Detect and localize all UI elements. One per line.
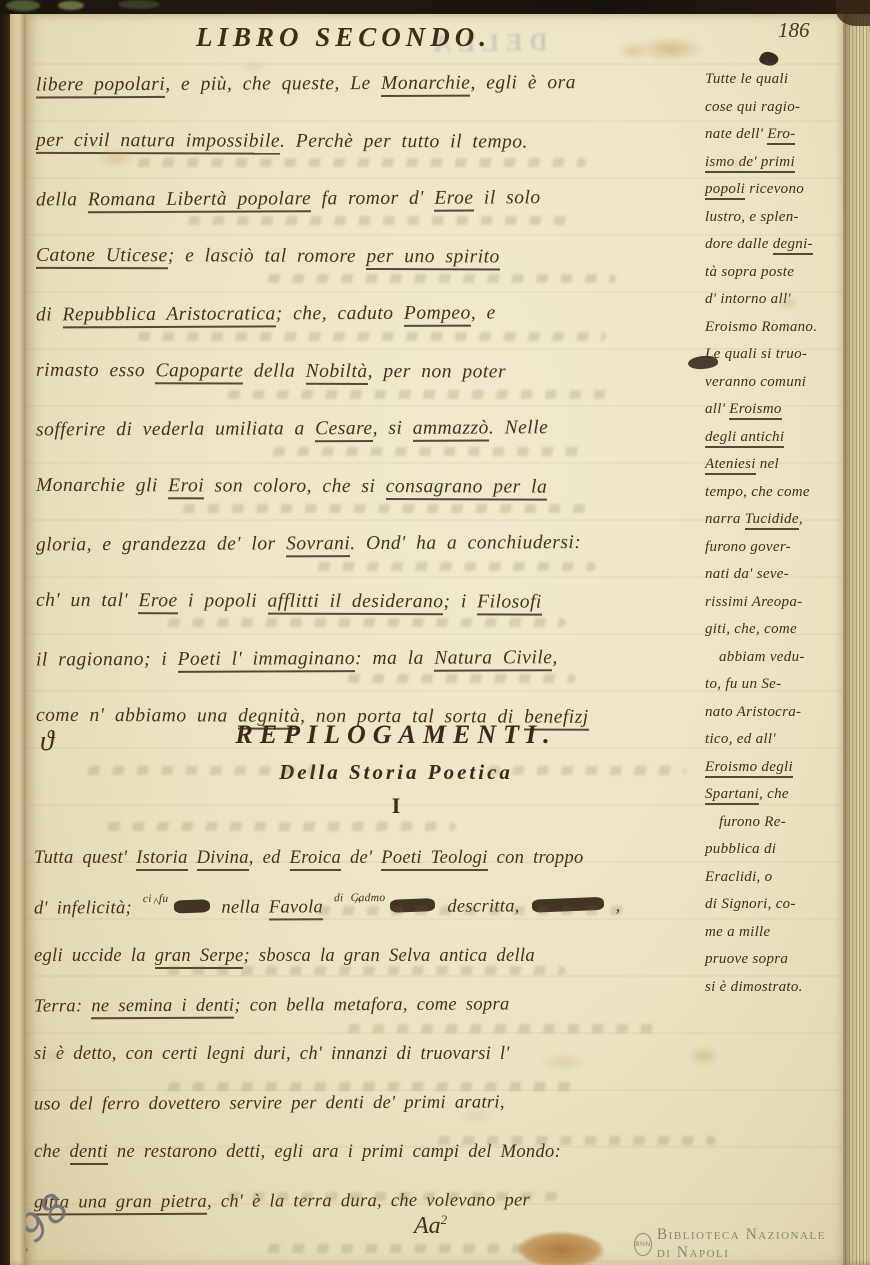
margin-note-line: nato Aristocra- bbox=[705, 699, 865, 727]
margin-notes-column: Tutte le qualicose qui ragio-nate dell' … bbox=[705, 66, 865, 1001]
text-segment: Repubblica Aristocratica bbox=[62, 303, 275, 328]
text-segment: sofferire di vederla umiliata a bbox=[36, 418, 315, 440]
margin-note-line: tempo, che come bbox=[705, 479, 865, 507]
text-segment: Filosofi bbox=[477, 591, 542, 615]
bleedthrough-writing bbox=[336, 1024, 656, 1033]
text-segment: pubblica di bbox=[705, 841, 776, 857]
bleedthrough-writing bbox=[216, 1192, 566, 1201]
manuscript-text-line: uso del ferro dovettero servire per dent… bbox=[34, 1083, 749, 1135]
text-segment: ; i bbox=[443, 591, 477, 612]
manuscript-text-line: Tutta quest' Istoria Divina, ed Eroica d… bbox=[34, 840, 749, 889]
text-segment: to, fu un Se- bbox=[705, 676, 781, 692]
text-segment: Romana Libertà popolare bbox=[88, 188, 311, 213]
library-stamp: BNN Biblioteca Nazionale di Napoli bbox=[634, 1226, 843, 1262]
bleedthrough-writing bbox=[336, 674, 576, 683]
text-segment: uso del ferro dovettero servire per dent… bbox=[34, 1093, 505, 1115]
text-segment: che bbox=[34, 1142, 70, 1162]
text-segment: Tucidide bbox=[745, 511, 799, 530]
text-segment: rissimi Areopa- bbox=[705, 594, 802, 610]
text-segment: Natura Civile bbox=[434, 647, 552, 672]
bleedthrough-writing bbox=[126, 332, 606, 341]
binding-moss-spot bbox=[118, 0, 160, 9]
margin-note-line: Le quali si truo- bbox=[705, 341, 865, 369]
text-segment: veranno comuni bbox=[705, 374, 806, 390]
text-segment: afflitti il desiderano bbox=[268, 590, 444, 615]
text-segment: della bbox=[243, 360, 305, 381]
manuscript-text-line: il ragionano; i Poeti l' immaginano: ma … bbox=[36, 638, 708, 698]
book-fore-edge-pages bbox=[843, 8, 870, 1265]
section-title: REPILOGAMENTI. bbox=[26, 720, 766, 750]
text-segment: nella bbox=[212, 898, 268, 918]
text-segment: denti bbox=[70, 1142, 109, 1165]
bleedthrough-writing bbox=[216, 390, 616, 399]
text-segment: Istoria bbox=[136, 848, 187, 871]
margin-note-line: abbiam vedu- bbox=[705, 644, 865, 672]
text-segment: nato Aristocra- bbox=[705, 704, 801, 720]
text-segment: Ero- bbox=[767, 126, 795, 145]
text-segment: giti, che, come bbox=[705, 621, 797, 637]
text-segment: il ragionano; i bbox=[36, 649, 178, 671]
foxing-spot bbox=[618, 42, 648, 60]
bleedthrough-writing bbox=[171, 504, 591, 513]
text-segment: Poeti Teologi bbox=[381, 848, 487, 871]
bleedthrough-writing bbox=[156, 618, 566, 627]
text-segment: Capoparte bbox=[155, 360, 243, 384]
margin-note-line: tico, ed all' bbox=[705, 726, 865, 754]
margin-note-line: all' Eroismo bbox=[705, 396, 865, 424]
text-segment: Le quali si truo- bbox=[705, 346, 807, 362]
text-segment: ; e lasciò tal romore bbox=[168, 245, 367, 267]
binding-moss-spot bbox=[6, 0, 40, 11]
text-segment: di Signori, co- bbox=[705, 896, 796, 912]
text-segment: tempo, che come bbox=[705, 484, 810, 500]
text-segment: Catone Uticese bbox=[36, 244, 168, 268]
bleedthrough-writing bbox=[306, 906, 626, 915]
text-segment: , si bbox=[373, 418, 413, 439]
text-segment: Eroismo bbox=[729, 401, 781, 420]
text-segment: con troppo bbox=[488, 848, 584, 868]
margin-note-line: nati da' seve- bbox=[705, 561, 865, 589]
section-numeral: I bbox=[26, 793, 766, 819]
text-segment: Pompeo bbox=[404, 303, 471, 327]
text-segment: , e bbox=[471, 302, 496, 323]
text-segment: della bbox=[36, 189, 88, 210]
text-segment: si è dimostrato. bbox=[705, 979, 803, 995]
text-segment: Eroe bbox=[138, 590, 177, 614]
text-segment: Eroi bbox=[168, 475, 204, 499]
text-segment: ch' un tal' bbox=[36, 589, 139, 610]
text-segment: abbiam vedu- bbox=[719, 649, 805, 665]
margin-note-line: degli antichi bbox=[705, 424, 865, 452]
foxing-spot bbox=[688, 1046, 720, 1066]
text-segment: popoli bbox=[705, 181, 745, 200]
page-number: 186 bbox=[778, 18, 810, 43]
text-segment: Divina bbox=[197, 848, 249, 871]
interlinear-insertion: di Cadmo bbox=[334, 892, 386, 904]
foxing-spot bbox=[776, 296, 800, 310]
manuscript-text-line: ch' un tal' Eroe i popoli afflitti il de… bbox=[36, 580, 708, 640]
foxing-spot bbox=[726, 158, 746, 170]
text-segment: , bbox=[799, 511, 803, 527]
text-segment: Eroismo degli bbox=[705, 759, 793, 778]
margin-note-line: cose qui ragio- bbox=[705, 94, 865, 122]
text-segment: Monarchie bbox=[381, 73, 470, 97]
text-segment: consagrano per la bbox=[386, 476, 548, 501]
text-segment: , per non poter bbox=[368, 360, 506, 381]
text-segment: ; con bella metafora, come sopra bbox=[234, 994, 509, 1015]
text-segment: i popoli bbox=[178, 590, 268, 611]
foxing-spot bbox=[456, 1108, 496, 1124]
text-segment: tico, ed all' bbox=[705, 731, 776, 747]
text-segment: Poeti l' immaginano bbox=[178, 648, 356, 673]
margin-note-line: rissimi Areopa- bbox=[705, 589, 865, 617]
text-segment: furono gover- bbox=[705, 539, 791, 555]
bleedthrough-writing bbox=[96, 822, 456, 831]
margin-note-line: tà sopra poste bbox=[705, 259, 865, 287]
margin-note-line: dore dalle degni- bbox=[705, 231, 865, 259]
bleedthrough-writing bbox=[476, 766, 686, 775]
bleedthrough-writing bbox=[126, 158, 586, 167]
text-segment: Tutte le quali bbox=[705, 71, 788, 87]
bleedthrough-writing bbox=[426, 1136, 716, 1145]
text-segment: ammazzò bbox=[413, 417, 489, 441]
text-segment: , egli è ora bbox=[470, 72, 576, 93]
margin-note-line: Tutte le quali bbox=[705, 66, 865, 94]
bleedthrough-writing bbox=[156, 966, 566, 975]
bleedthrough-writing bbox=[176, 216, 576, 225]
margin-note-line: lustro, e splen- bbox=[705, 204, 865, 232]
paragraph-text-block: Tutta quest' Istoria Divina, ed Eroica d… bbox=[34, 840, 749, 1232]
foxing-spot bbox=[241, 60, 267, 72]
manuscript-page: DELLA LIBRO SECONDO. 186 libere popolari… bbox=[26, 8, 843, 1265]
manuscript-text-line: Monarchie gli Eroi son coloro, che si co… bbox=[36, 465, 708, 525]
text-segment: d' infelicità; bbox=[34, 898, 141, 918]
text-segment: Eraclidi, o bbox=[705, 869, 772, 885]
signature-mark: Aa2 bbox=[414, 1212, 447, 1240]
text-segment bbox=[188, 848, 197, 868]
text-segment: , bbox=[552, 647, 557, 668]
page-title: LIBRO SECONDO. bbox=[196, 22, 636, 53]
text-segment: si è detto, con certi legni duri, ch' in… bbox=[34, 1044, 510, 1064]
text-segment: degni- bbox=[773, 236, 813, 255]
text-segment: , che bbox=[759, 786, 789, 802]
margin-note-line: me a mille bbox=[705, 919, 865, 947]
text-segment: , ed bbox=[249, 848, 290, 868]
text-segment: libere popolari bbox=[36, 74, 165, 99]
margin-note-line: Spartani, che bbox=[705, 781, 865, 809]
library-stamp-monogram-icon: BNN bbox=[634, 1233, 652, 1256]
margin-note-line: giti, che, come bbox=[705, 616, 865, 644]
margin-note-line: Eraclidi, o bbox=[705, 864, 865, 892]
text-segment: narra bbox=[705, 511, 745, 527]
text-segment: all' bbox=[705, 401, 729, 417]
text-segment: me a mille bbox=[705, 924, 770, 940]
text-segment: pruove sopra bbox=[705, 951, 788, 967]
deletion-blot bbox=[173, 899, 209, 913]
main-text-block: libere popolari, e più, che queste, Le M… bbox=[36, 64, 708, 754]
foxing-spot bbox=[96, 148, 136, 168]
text-segment: egli uccide la bbox=[34, 946, 155, 966]
text-segment: de' bbox=[341, 848, 381, 868]
text-segment: nati da' seve- bbox=[705, 566, 789, 582]
margin-note-line: veranno comuni bbox=[705, 369, 865, 397]
text-segment: per uno spirito bbox=[366, 245, 500, 269]
book-gutter bbox=[0, 0, 10, 1265]
manuscript-text-line: gloria, e grandezza de' lor Sovrani. Ond… bbox=[36, 523, 708, 583]
text-segment: ; sbosca la gran Selva antica della bbox=[243, 946, 534, 966]
manuscript-text-line: della Romana Libertà popolare fa romor d… bbox=[36, 178, 708, 238]
text-segment: . Nelle bbox=[489, 417, 548, 438]
text-segment: Sovrani bbox=[286, 533, 350, 557]
margin-note-line: Eroismo degli bbox=[705, 754, 865, 782]
text-segment: Eroismo Romano. bbox=[705, 319, 817, 335]
text-segment: Spartani bbox=[705, 786, 759, 805]
margin-note-line: furono Re- bbox=[705, 809, 865, 837]
text-segment: Cesare bbox=[315, 418, 373, 442]
bleedthrough-writing bbox=[156, 1082, 576, 1091]
bleedthrough-writing bbox=[261, 447, 581, 456]
manuscript-text-line: di Repubblica Aristocratica; che, caduto… bbox=[36, 293, 708, 353]
manuscript-text-line: sofferire di vederla umiliata a Cesare, … bbox=[36, 408, 708, 468]
margin-note-line: narra Tucidide, bbox=[705, 506, 865, 534]
text-segment: Terra: bbox=[34, 996, 91, 1016]
margin-note-line: Ateniesi nel bbox=[705, 451, 865, 479]
text-segment: Eroe bbox=[434, 188, 473, 212]
text-segment: . Ond' ha a conchiudersi: bbox=[350, 532, 581, 554]
text-segment: cose qui ragio- bbox=[705, 99, 800, 115]
text-segment: : ma la bbox=[355, 648, 434, 669]
interlinear-insertion: ci fu bbox=[143, 893, 169, 905]
foxing-spot bbox=[41, 1048, 67, 1064]
text-segment: nate dell' bbox=[705, 126, 767, 142]
page-left-edge bbox=[10, 8, 26, 1265]
manuscript-text-line: Catone Uticese; e lasciò tal romore per … bbox=[36, 235, 708, 295]
margin-note-line: si è dimostrato. bbox=[705, 974, 865, 1002]
text-segment: furono Re- bbox=[719, 814, 786, 830]
text-segment: ricevono bbox=[745, 181, 804, 197]
margin-note-line: to, fu un Se- bbox=[705, 671, 865, 699]
manuscript-text-line: libere popolari, e più, che queste, Le M… bbox=[36, 63, 708, 123]
bleedthrough-writing bbox=[256, 1244, 536, 1253]
text-segment: Ateniesi bbox=[705, 456, 756, 475]
bleedthrough-writing bbox=[306, 562, 596, 571]
bleedthrough-writing bbox=[256, 274, 616, 283]
text-segment: degli antichi bbox=[705, 429, 784, 448]
text-segment: per civil natura impossibile bbox=[36, 129, 280, 154]
text-segment: gloria, e grandezza de' lor bbox=[36, 533, 286, 555]
text-segment: di bbox=[36, 304, 63, 325]
text-segment: rimasto esso bbox=[36, 359, 156, 380]
manuscript-scan: DELLA LIBRO SECONDO. 186 libere popolari… bbox=[0, 0, 870, 1265]
margin-note-line: di Signori, co- bbox=[705, 891, 865, 919]
manuscript-text-line: rimasto esso Capoparte della Nobiltà, pe… bbox=[36, 350, 708, 410]
text-segment: ; che, caduto bbox=[276, 303, 404, 325]
binding-moss-spot bbox=[58, 1, 84, 10]
text-segment: il solo bbox=[473, 187, 540, 208]
text-segment: Nobiltà bbox=[306, 360, 368, 384]
text-segment: ismo de' primi bbox=[705, 154, 795, 173]
text-segment: , e più, che queste, Le bbox=[165, 73, 381, 95]
margin-note-line: nate dell' Ero- bbox=[705, 121, 865, 149]
manuscript-text-line: egli uccide la gran Serpe; sbosca la gra… bbox=[34, 938, 749, 987]
signature-letters: Aa bbox=[414, 1213, 441, 1239]
text-segment: Tutta quest' bbox=[34, 848, 136, 868]
text-segment: dore dalle bbox=[705, 236, 773, 252]
margin-note-line: pubblica di bbox=[705, 836, 865, 864]
manuscript-text-line: si è detto, con certi legni duri, ch' in… bbox=[34, 1036, 749, 1085]
library-stamp-label: Biblioteca Nazionale di Napoli bbox=[657, 1226, 843, 1262]
text-segment: ne semina i denti bbox=[91, 996, 234, 1020]
margin-note-line: Eroismo Romano. bbox=[705, 314, 865, 342]
text-segment: tà sopra poste bbox=[705, 264, 794, 280]
text-segment: ne restarono detti, egli ara i primi cam… bbox=[108, 1142, 561, 1162]
text-segment: nel bbox=[756, 456, 779, 472]
text-segment: . Perchè per tutto il tempo. bbox=[280, 130, 528, 152]
foxing-spot bbox=[538, 1052, 588, 1072]
bleedthrough-writing bbox=[76, 766, 316, 775]
text-segment: lustro, e splen- bbox=[705, 209, 799, 225]
text-segment: fa romor d' bbox=[311, 188, 434, 210]
text-segment: Monarchie gli bbox=[36, 474, 168, 495]
text-segment: Eroica bbox=[290, 848, 341, 871]
signature-superscript: 2 bbox=[441, 1212, 448, 1227]
margin-note-line: popoli ricevono bbox=[705, 176, 865, 204]
manuscript-text-line: per civil natura impossibile. Perchè per… bbox=[36, 120, 708, 180]
text-segment: son coloro, che si bbox=[204, 475, 386, 497]
margin-note-line: furono gover- bbox=[705, 534, 865, 562]
margin-note-line: pruove sopra bbox=[705, 946, 865, 974]
